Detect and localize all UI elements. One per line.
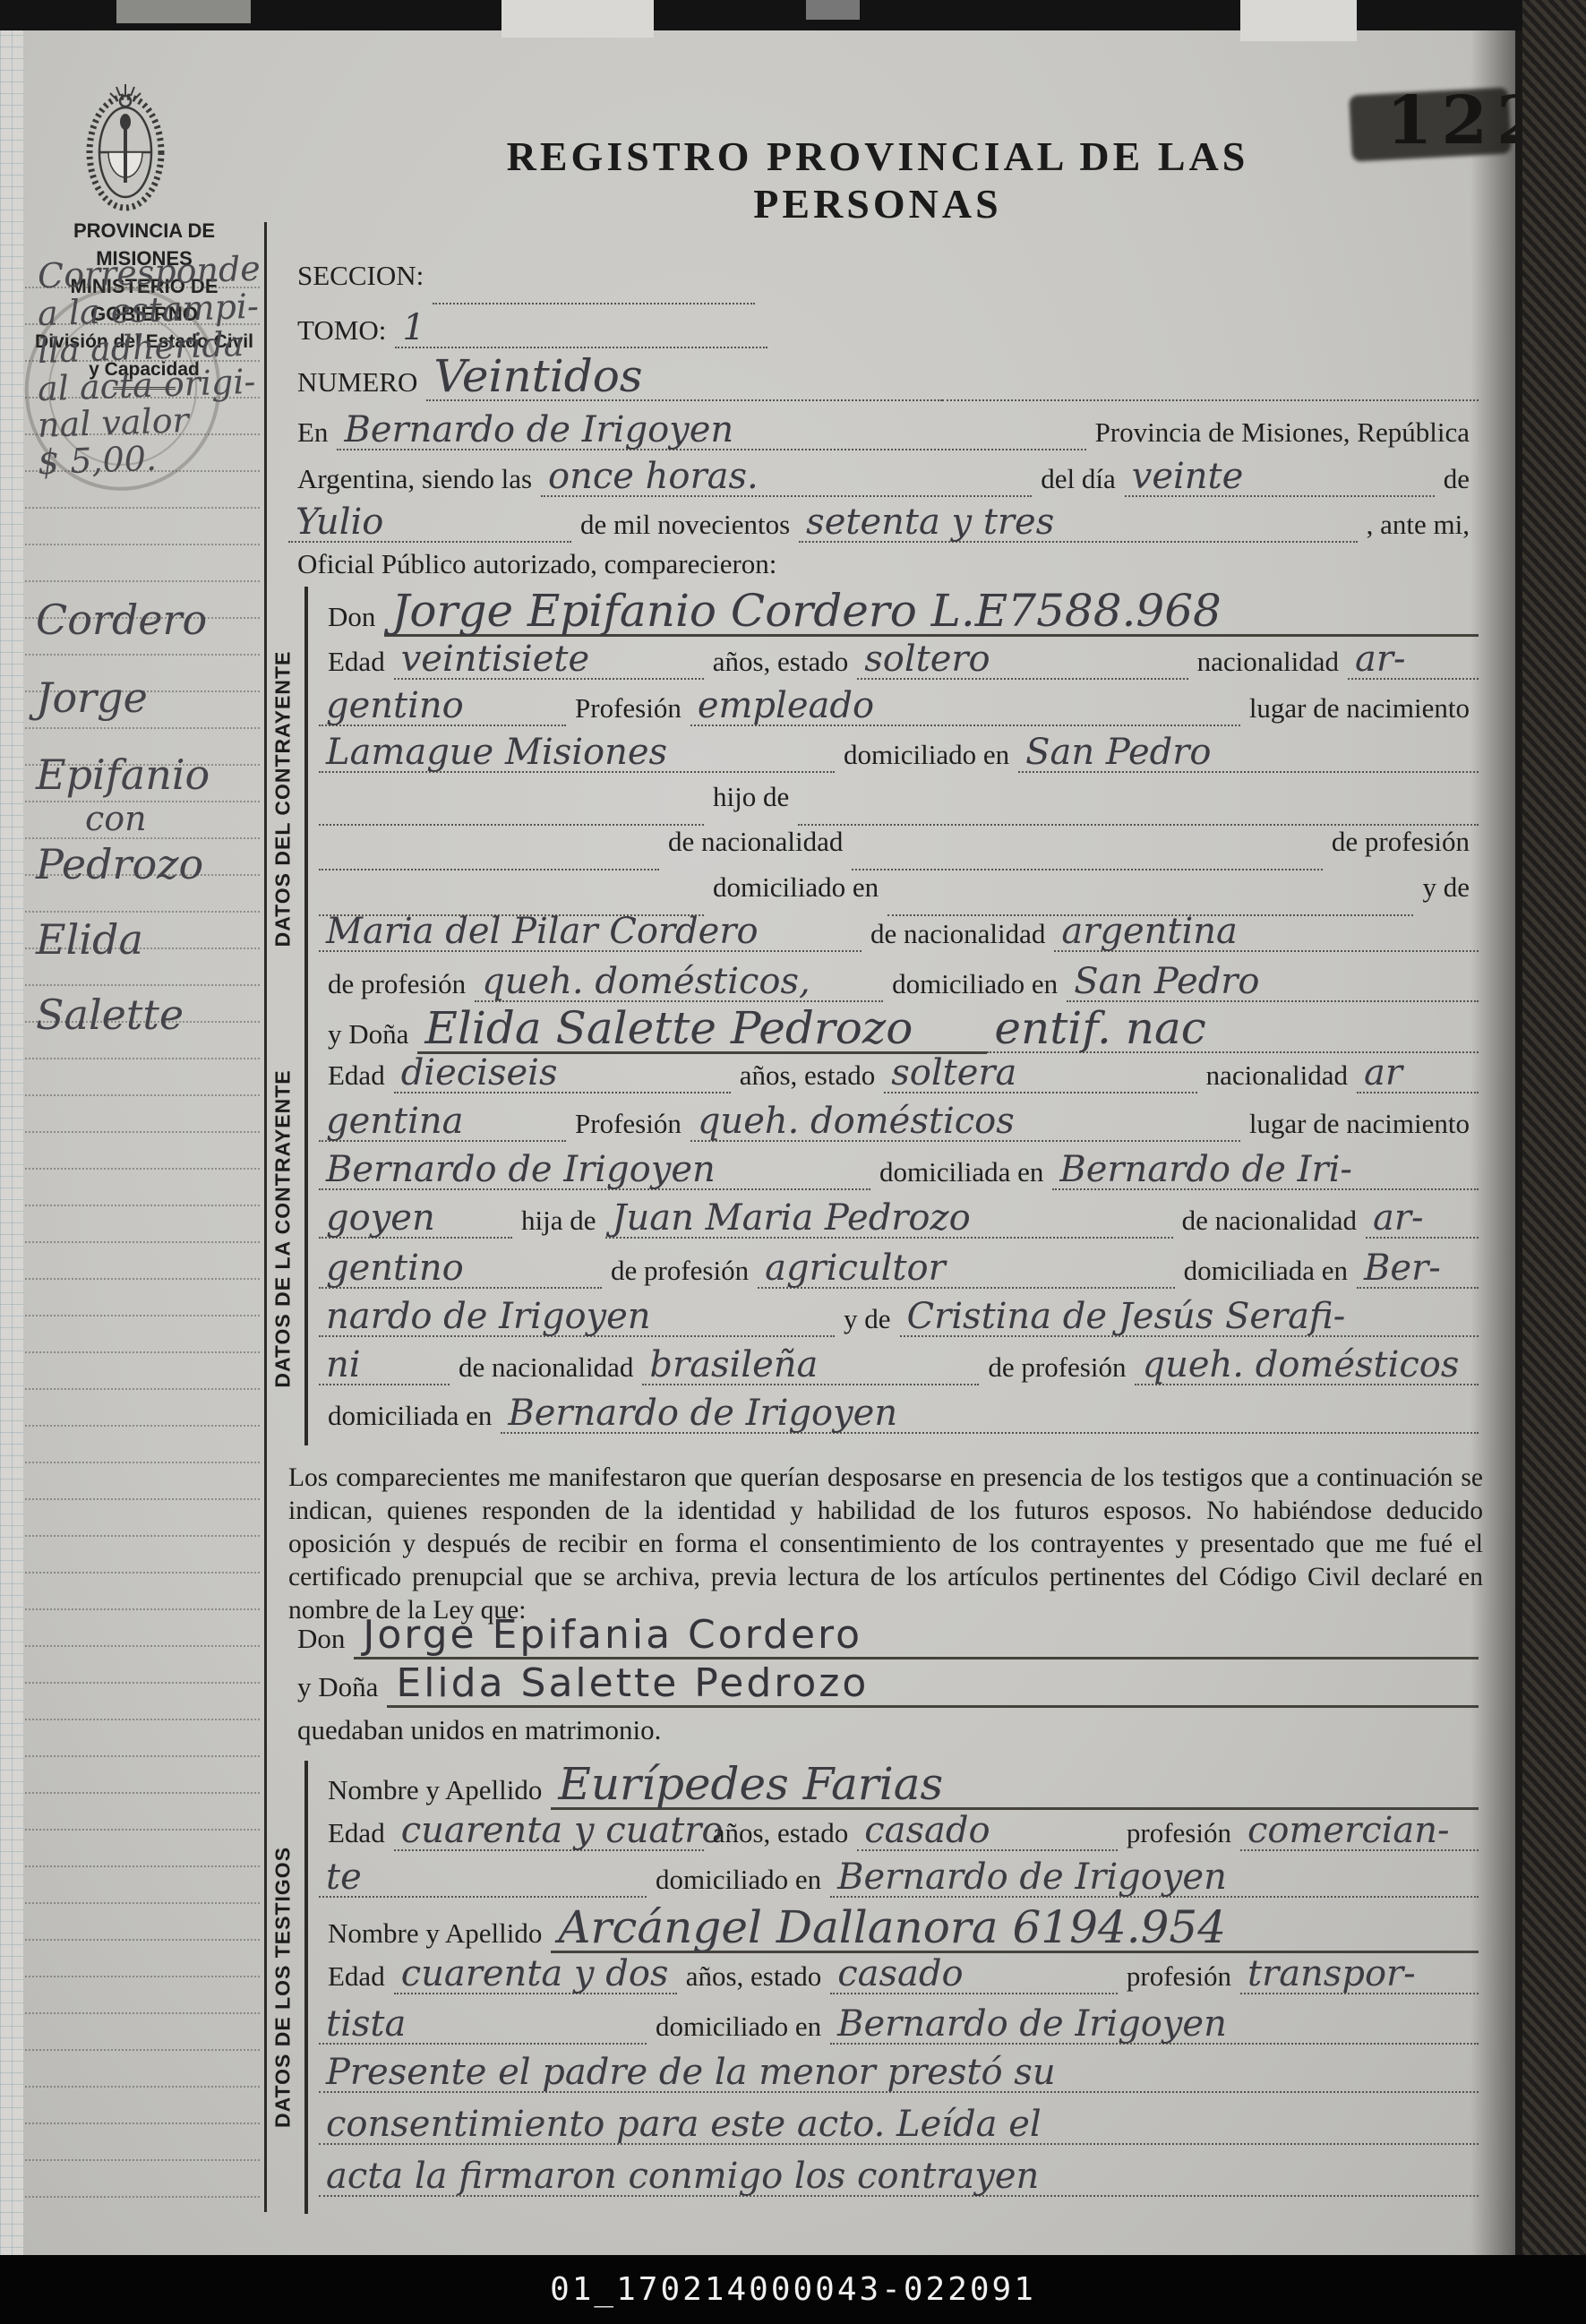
margin-ruled-line: [25, 1498, 260, 1500]
margin-ruled-line: [25, 1755, 260, 1757]
book-binding-strip: [1522, 0, 1586, 2324]
printed-label: Profesión: [566, 1108, 690, 1140]
registry-title: REGISTRO PROVINCIAL DE LAS PERSONAS: [385, 133, 1370, 227]
graph-paper-edge: [0, 0, 23, 2324]
form-row: tedomiciliado enBernardo de Irigoyen: [319, 1861, 1479, 1906]
printed-label: Provincia de Misiones, República: [1086, 416, 1479, 449]
form-row: Bernardo de Irigoyendomiciliada enBernar…: [319, 1153, 1479, 1198]
blank-dotted-line: [942, 394, 1479, 401]
margin-ruled-line: [25, 1865, 260, 1867]
handwritten-value: ar-: [1366, 1202, 1479, 1239]
handwritten-value: ar: [1357, 1057, 1479, 1093]
form-row: consentimiento para este acto. Leída el: [319, 2108, 1479, 2153]
handwritten-value: San Pedro: [1067, 965, 1479, 1002]
margin-ruled-line: [25, 984, 260, 986]
handwritten-value: Elida Salette Pedrozo: [417, 1008, 987, 1054]
handwritten-value: Bernardo de Irigoyen: [830, 2008, 1479, 2045]
form-row: gentinaProfesiónqueh. domésticoslugar de…: [319, 1105, 1479, 1150]
handwritten-value: soltera: [884, 1057, 1196, 1093]
blank-dotted-line: [319, 863, 659, 870]
handwritten-value: veinte: [1125, 460, 1435, 497]
margin-ruled-line: [25, 1902, 260, 1904]
margin-case-name: Pedrozo: [36, 840, 203, 888]
margin-ruled-line: [25, 2049, 260, 2051]
handwritten-value: San Pedro: [1018, 736, 1479, 773]
printed-label: Don: [319, 601, 384, 633]
margin-ruled-line: [25, 1351, 260, 1353]
handwritten-value: once horas.: [541, 460, 1032, 497]
form-row: Lamague Misionesdomiciliado enSan Pedro: [319, 736, 1479, 781]
printed-label: de nacionalidad: [659, 826, 852, 858]
handwritten-value: Jorge Epifanio Cordero L.E7588.968: [384, 591, 1479, 637]
printed-label: lugar de nacimiento: [1240, 692, 1479, 725]
section-label-datos-de-la-contrayente: DATOS DE LA CONTRAYENTE: [271, 1069, 296, 1387]
printed-label: del día: [1032, 463, 1125, 495]
scan-edge-patch: [806, 0, 860, 20]
handwritten-value: queh. domésticos: [690, 1105, 1240, 1142]
printed-label: En: [288, 416, 337, 449]
form-row: NUMEROVeintidos: [288, 356, 1479, 401]
form-row: DonJorge Epifanio Cordero L.E7588.968: [319, 591, 1479, 636]
printed-label: Edad: [319, 1059, 394, 1092]
margin-ruled-line: [25, 1315, 260, 1316]
margin-ruled-line: [25, 1719, 260, 1720]
margin-ruled-line: [25, 1094, 260, 1096]
margin-ruled-line: [25, 2159, 260, 2161]
printed-label: de mil novecientos: [571, 509, 799, 541]
handwritten-value: Bernardo de Iri-: [1052, 1153, 1479, 1190]
form-row: nide nacionalidadbrasileñade profesiónqu…: [319, 1349, 1479, 1394]
form-row: y DoñaElida Salette Pedrozoentif. nac: [319, 1008, 1479, 1053]
printed-label: y Doña: [288, 1671, 387, 1703]
margin-ruled-line: [25, 1535, 260, 1537]
printed-label: y de: [835, 1303, 900, 1335]
form-row: gentinoProfesiónempleadolugar de nacimie…: [319, 690, 1479, 734]
margin-ruled-line: [25, 2012, 260, 2014]
form-row: Argentina, siendo lasonce horas.del díav…: [288, 460, 1479, 505]
form-row: gentinode profesiónagricultordomiciliada…: [319, 1252, 1479, 1297]
handwritten-value: casado: [857, 1814, 1118, 1851]
printed-label: domiciliado en: [835, 739, 1018, 771]
handwritten-value: Bernardo de Irigoyen: [830, 1861, 1479, 1898]
form-row: goyenhija deJuan Maria Pedrozode naciona…: [319, 1202, 1479, 1247]
handwritten-value: Elida Salette Pedrozo: [387, 1666, 1479, 1708]
printed-label: domiciliado en: [704, 871, 887, 904]
margin-ruled-line: [25, 1205, 260, 1206]
scan-edge-patch: [1240, 0, 1357, 41]
form-row: tistadomiciliado enBernardo de Irigoyen: [319, 2008, 1479, 2053]
margin-case-name: Cordero: [36, 596, 207, 644]
printed-label: de profesión: [602, 1255, 758, 1287]
margin-ruled-line: [25, 1976, 260, 1977]
margin-ruled-line: [25, 1425, 260, 1427]
printed-label: hijo de: [704, 781, 798, 813]
printed-label: Argentina, siendo las: [288, 463, 541, 495]
handwritten-value: ar-: [1348, 643, 1479, 680]
printed-label: Profesión: [566, 692, 690, 725]
printed-label: NUMERO: [288, 366, 426, 399]
printed-label: domiciliado en: [883, 968, 1067, 1000]
form-row: y DoñaElida Salette Pedrozo: [288, 1666, 1479, 1711]
printed-label: y de: [1413, 871, 1479, 904]
handwritten-value: Juan Maria Pedrozo: [605, 1202, 1173, 1239]
printed-label: , ante mi,: [1358, 509, 1479, 541]
handwritten-value: agricultor: [758, 1252, 1175, 1289]
margin-ruled-line: [25, 1939, 260, 1941]
printed-label: y Doña: [319, 1018, 417, 1051]
margin-ruled-line: [25, 1388, 260, 1390]
margin-ruled-line: [25, 2086, 260, 2088]
margin-ruled-line: [25, 544, 260, 545]
handwritten-value: consentimiento para este acto. Leída el: [319, 2108, 1479, 2145]
margin-ruled-line: [25, 507, 260, 509]
handwritten-value: Maria del Pilar Cordero: [319, 915, 862, 952]
handwritten-value: acta la firmaron conmigo los contrayen: [319, 2160, 1479, 2197]
blank-dotted-line: [433, 297, 755, 304]
blank-dotted-line: [798, 819, 1479, 826]
handwritten-value: gentino: [319, 690, 566, 726]
margin-case-name: Epifanio: [36, 750, 210, 799]
printed-label: hija de: [512, 1205, 605, 1237]
printed-label: Don: [288, 1623, 354, 1655]
printed-label: nacionalidad: [1188, 646, 1348, 678]
section-bar-testigos: [304, 1761, 308, 2214]
form-row: quedaban unidos en matrimonio.: [288, 1714, 1479, 1759]
form-row: Nombre y ApellidoEurípedes Farias: [319, 1764, 1479, 1809]
handwritten-value: Veintidos: [426, 356, 942, 401]
margin-note-line: $ 5,00.: [37, 439, 157, 483]
printed-label: de nacionalidad: [1173, 1205, 1366, 1237]
form-row: hijo de: [319, 781, 1479, 826]
form-row: Edadcuarenta y dosaños, estadocasadoprof…: [319, 1958, 1479, 2002]
margin-ruled-line: [25, 727, 260, 729]
coat-of-arms-icon: [82, 82, 168, 221]
form-row: Edaddieciseisaños, estadosolteranacional…: [319, 1057, 1479, 1102]
printed-label: de profesión: [1323, 826, 1479, 858]
printed-label: quedaban unidos en matrimonio.: [288, 1714, 670, 1746]
form-row: Yuliode mil novecientossetenta y tres, a…: [288, 506, 1479, 551]
margin-note-line: nal valor: [37, 400, 189, 445]
printed-label: Edad: [319, 1817, 394, 1849]
scan-edge-patch: [502, 0, 654, 38]
handwritten-value: comercian-: [1240, 1814, 1479, 1851]
handwritten-value: entif. nac: [987, 1008, 1479, 1053]
printed-label: nacionalidad: [1197, 1059, 1357, 1092]
form-row: acta la firmaron conmigo los contrayen: [319, 2160, 1479, 2205]
printed-label: profesión: [1118, 1817, 1240, 1849]
printed-label: Oficial Público autorizado, compareciero…: [288, 548, 785, 580]
margin-ruled-line: [25, 2196, 260, 2198]
handwritten-value: Ber-: [1357, 1252, 1479, 1289]
form-row: SECCION:: [288, 260, 1479, 304]
printed-label: TOMO:: [288, 314, 395, 347]
printed-label: Edad: [319, 1960, 394, 1993]
handwritten-value: empleado: [690, 690, 1240, 726]
handwritten-value: tista: [319, 2008, 647, 2045]
printed-label: de profesión: [979, 1351, 1135, 1384]
blank-dotted-line: [319, 819, 704, 826]
printed-label: domiciliada en: [870, 1156, 1052, 1188]
printed-label: Nombre y Apellido: [319, 1917, 551, 1950]
margin-ruled-line: [25, 1608, 260, 1610]
margin-ruled-line: [25, 2122, 260, 2124]
margin-ruled-line: [25, 1645, 260, 1647]
scan-footer-bar: 01_170214000043-022091: [0, 2255, 1586, 2324]
margin-ruled-line: [25, 1682, 260, 1684]
printed-label: años, estado: [704, 1817, 858, 1849]
handwritten-value: soltero: [857, 643, 1187, 680]
margin-ruled-line: [25, 1278, 260, 1280]
printed-label: domiciliado en: [647, 1864, 830, 1896]
margin-ruled-line: [25, 911, 260, 913]
form-row: domiciliado eny de: [319, 871, 1479, 916]
handwritten-value: argentina: [1054, 915, 1479, 952]
form-row: EnBernardo de IrigoyenProvincia de Misio…: [288, 414, 1479, 459]
printed-label: Edad: [319, 646, 394, 678]
handwritten-value: casado: [830, 1958, 1118, 1994]
handwritten-value: Bernardo de Irigoyen: [501, 1397, 1479, 1434]
form-row: de nacionalidadde profesión: [319, 826, 1479, 870]
margin-ruled-line: [25, 1058, 260, 1059]
archive-reference-code: 01_170214000043-022091: [550, 2271, 1036, 2308]
scan-edge-patch: [116, 0, 251, 23]
document-page: REGISTRO PROVINCIAL DE LAS PERSONAS 122 …: [0, 0, 1586, 2324]
handwritten-value: Presente el padre de la menor prestó su: [319, 2056, 1479, 2093]
handwritten-value: Eurípedes Farias: [551, 1764, 1479, 1810]
handwritten-value: 1: [395, 312, 767, 348]
section-label-datos-de-los-testigos: DATOS DE LOS TESTIGOS: [271, 1847, 296, 2128]
form-row: domiciliada enBernardo de Irigoyen: [319, 1397, 1479, 1442]
handwritten-value: gentina: [319, 1105, 566, 1142]
section-bar-contrayente-2: [304, 1012, 308, 1445]
margin-ruled-line: [25, 1829, 260, 1831]
printed-label: domiciliada en: [319, 1400, 501, 1432]
handwritten-value: nardo de Irigoyen: [319, 1300, 835, 1337]
printed-label: de nacionalidad: [862, 918, 1054, 950]
handwritten-value: goyen: [319, 1202, 512, 1239]
printed-label: Nombre y Apellido: [319, 1774, 551, 1806]
handwritten-value: Bernardo de Irigoyen: [319, 1153, 870, 1190]
margin-ruled-line: [25, 1168, 260, 1170]
printed-label: profesión: [1118, 1960, 1240, 1993]
margin-case-name: Salette: [36, 990, 184, 1039]
printed-label: de nacionalidad: [450, 1351, 642, 1384]
printed-label: domiciliada en: [1175, 1255, 1357, 1287]
margin-ruled-line: [25, 1131, 260, 1133]
blank-dotted-line: [852, 863, 1323, 870]
margin-case-name: con: [85, 799, 147, 838]
margin-case-name: Jorge: [36, 673, 148, 722]
form-row: Edadcuarenta y cuatroaños, estadocasadop…: [319, 1814, 1479, 1859]
margin-ruled-line: [25, 1241, 260, 1243]
handwritten-value: gentino: [319, 1252, 602, 1289]
page-edge-shadow: [1470, 30, 1522, 2255]
section-label-datos-del-contrayente: DATOS DEL CONTRAYENTE: [271, 651, 296, 948]
margin-ruled-line: [25, 1572, 260, 1574]
margin-ruled-line: [25, 654, 260, 656]
section-bar-contrayente: [304, 587, 308, 1012]
printed-label: años, estado: [677, 1960, 831, 1993]
handwritten-value: Cristina de Jesús Serafi-: [900, 1300, 1479, 1337]
printed-label: SECCION:: [288, 260, 433, 292]
handwritten-value: brasileña: [642, 1349, 979, 1385]
form-row: Edadveintisieteaños, estadosolteronacion…: [319, 643, 1479, 688]
form-row: Presente el padre de la menor prestó su: [319, 2056, 1479, 2101]
printed-label: años, estado: [731, 1059, 885, 1092]
printed-label: años, estado: [704, 646, 858, 678]
margin-ruled-line: [25, 1792, 260, 1794]
printed-label: domiciliado en: [647, 2011, 830, 2043]
form-row: Nombre y ApellidoArcángel Dallanora 6194…: [319, 1908, 1479, 1952]
legal-declaration-paragraph: Los comparecientes me manifestaron que q…: [288, 1462, 1483, 1627]
handwritten-value: Lamague Misiones: [319, 736, 835, 773]
handwritten-value: queh. domésticos,: [475, 965, 883, 1002]
handwritten-value: te: [319, 1861, 647, 1898]
margin-ruled-line: [25, 1462, 260, 1463]
printed-label: de profesión: [319, 968, 475, 1000]
handwritten-value: veintisiete: [394, 643, 704, 680]
handwritten-value: queh. domésticos: [1135, 1349, 1479, 1385]
form-row: Maria del Pilar Corderode nacionalidadar…: [319, 915, 1479, 960]
handwritten-value: dieciseis: [394, 1057, 731, 1093]
handwritten-value: setenta y tres: [799, 506, 1357, 543]
margin-case-name: Elida: [36, 915, 143, 964]
handwritten-value: cuarenta y cuatro: [394, 1814, 704, 1851]
handwritten-value: cuarenta y dos: [394, 1958, 677, 1994]
handwritten-value: transpor-: [1240, 1958, 1479, 1994]
printed-label: lugar de nacimiento: [1240, 1108, 1479, 1140]
handwritten-value: Yulio: [288, 506, 571, 543]
form-divider-line: [264, 222, 267, 2212]
handwritten-value: Arcángel Dallanora 6194.954: [551, 1908, 1479, 1953]
form-row: nardo de Irigoyeny deCristina de Jesús S…: [319, 1300, 1479, 1345]
handwritten-value: Bernardo de Irigoyen: [337, 414, 1085, 450]
margin-ruled-line: [25, 580, 260, 582]
handwritten-value: ni: [319, 1349, 450, 1385]
